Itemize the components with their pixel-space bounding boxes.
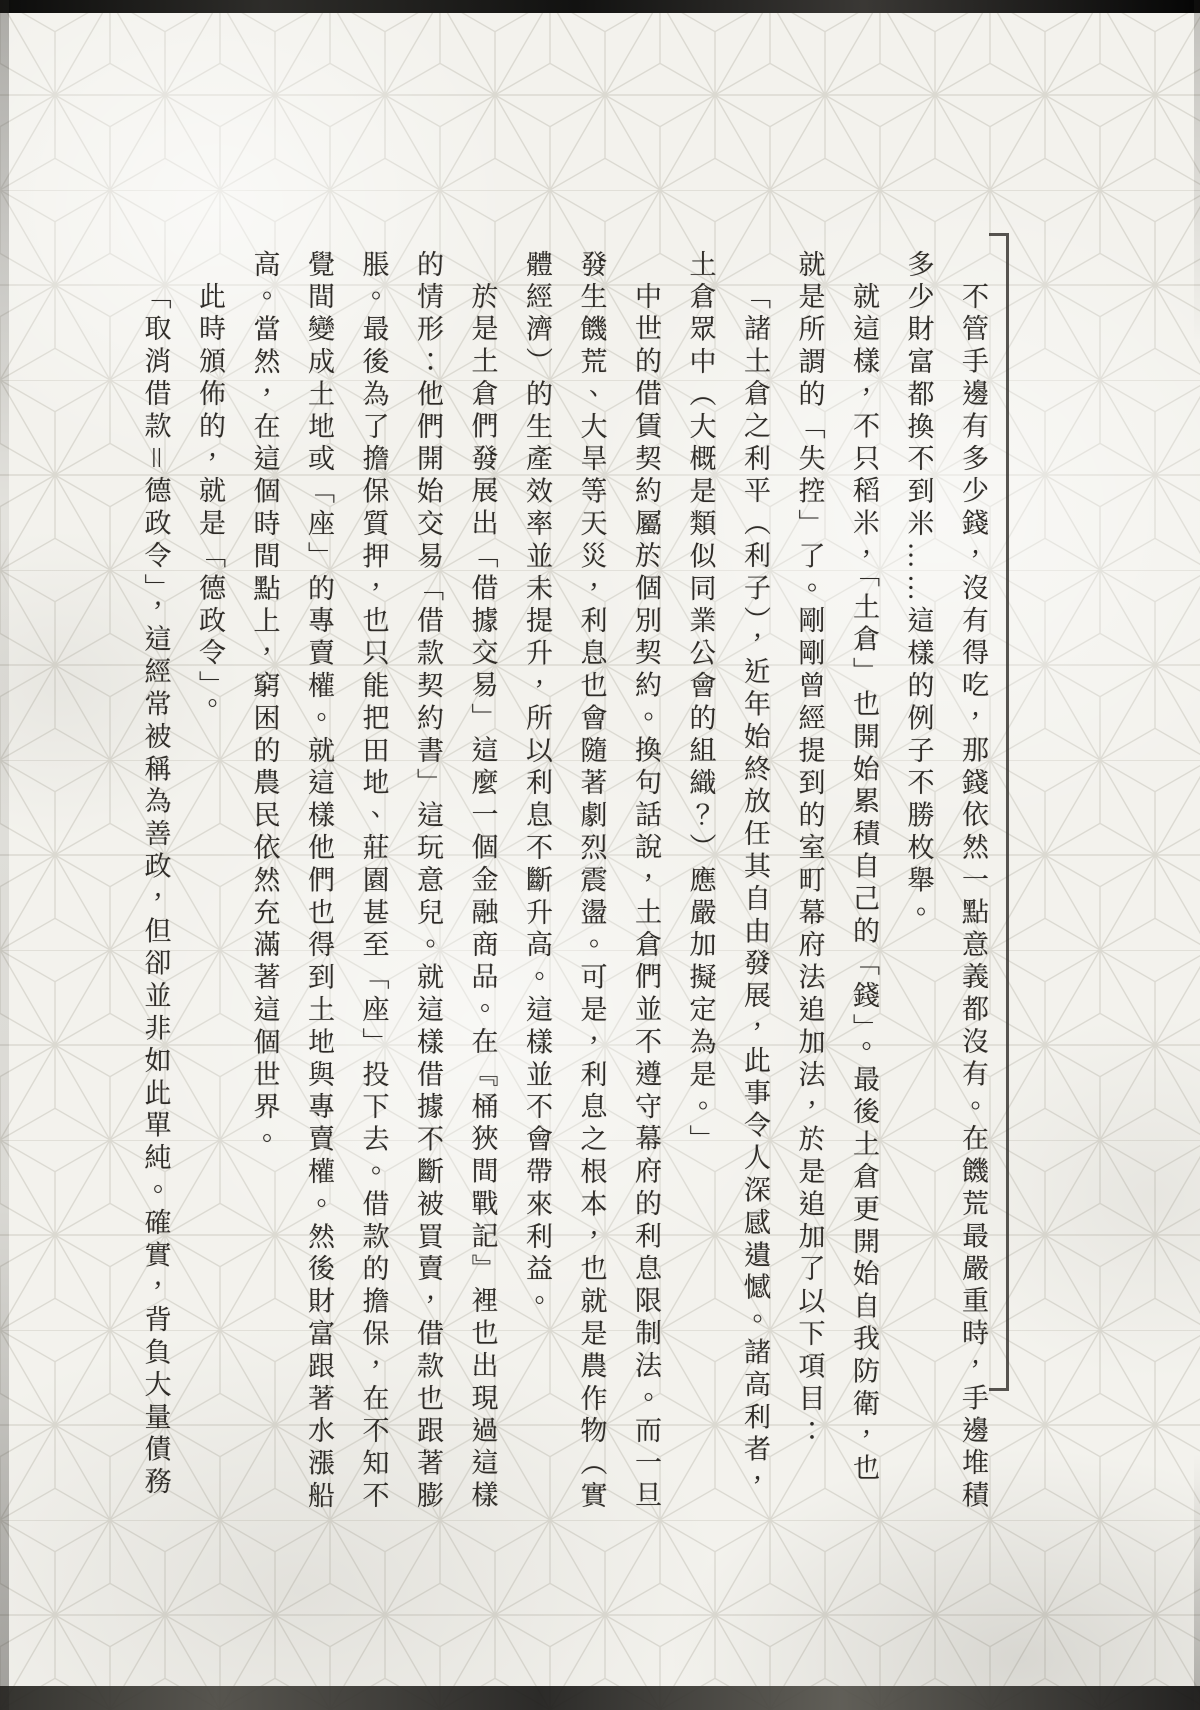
- text-column: 就是所謂的「失控」了。剛剛曾經提到的室町幕府法追加法，於是追加了以下項目：: [782, 250, 837, 1512]
- text-column: 多少財富都換不到米……這樣的例子不勝枚舉。: [891, 250, 946, 1512]
- text-column: 土倉眾中（大概是類似同業公會的組織？）應嚴加擬定為是。」: [673, 250, 728, 1512]
- page-edge-top: [0, 0, 1200, 13]
- page-edge-bottom: [0, 1686, 1200, 1710]
- text-column: 此時頒佈的，就是「德政令」。: [183, 250, 238, 1512]
- text-column: 的情形：他們開始交易「借款契約書」這玩意兒。就這樣借據不斷被買賣，借款也跟著膨: [401, 250, 456, 1512]
- text-column: 中世的借賃契約屬於個別契約。換句話說，土倉們並不遵守幕府的利息限制法。而一旦: [619, 250, 674, 1512]
- page-edge-left: [0, 0, 9, 1710]
- text-column: 不管手邊有多少錢，沒有得吃，那錢依然一點意義都沒有。在饑荒最嚴重時，手邊堆積: [946, 250, 1001, 1512]
- text-column: 「取消借款＝德政令」，這經常被稱為善政，但卻並非如此單純。確實，背負大量債務: [128, 250, 183, 1512]
- book-page: 不管手邊有多少錢，沒有得吃，那錢依然一點意義都沒有。在饑荒最嚴重時，手邊堆積多少…: [0, 0, 1200, 1710]
- text-column: 發生饑荒、大旱等天災，利息也會隨著劇烈震盪。可是，利息之根本，也就是農作物（實: [564, 250, 619, 1512]
- text-column: 於是土倉們發展出「借據交易」這麼一個金融商品。在『桶狹間戰記』裡也出現過這樣: [455, 250, 510, 1512]
- text-column: 脹。最後為了擔保質押，也只能把田地、莊園甚至「座」投下去。借款的擔保，在不知不: [346, 250, 401, 1512]
- text-column: 高。當然，在這個時間點上，窮困的農民依然充滿著這個世界。: [237, 250, 292, 1512]
- text-column: 「諸土倉之利平（利子），近年始終放任其自由發展，此事令人深感遺憾。諸高利者，: [728, 250, 783, 1512]
- page-edge-right: [1194, 0, 1200, 1710]
- text-column: 體經濟）的生產效率並未提升，所以利息不斷升高。這樣並不會帶來利益。: [510, 250, 565, 1512]
- text-column: 覺間變成土地或「座」的專賣權。就這樣他們也得到土地與專賣權。然後財富跟著水漲船: [292, 250, 347, 1512]
- page-text: 不管手邊有多少錢，沒有得吃，那錢依然一點意義都沒有。在饑荒最嚴重時，手邊堆積多少…: [128, 250, 1000, 1512]
- text-column: 就這樣，不只稻米，「土倉」也開始累積自己的「錢」。最後土倉更開始自我防衛，也: [837, 250, 892, 1512]
